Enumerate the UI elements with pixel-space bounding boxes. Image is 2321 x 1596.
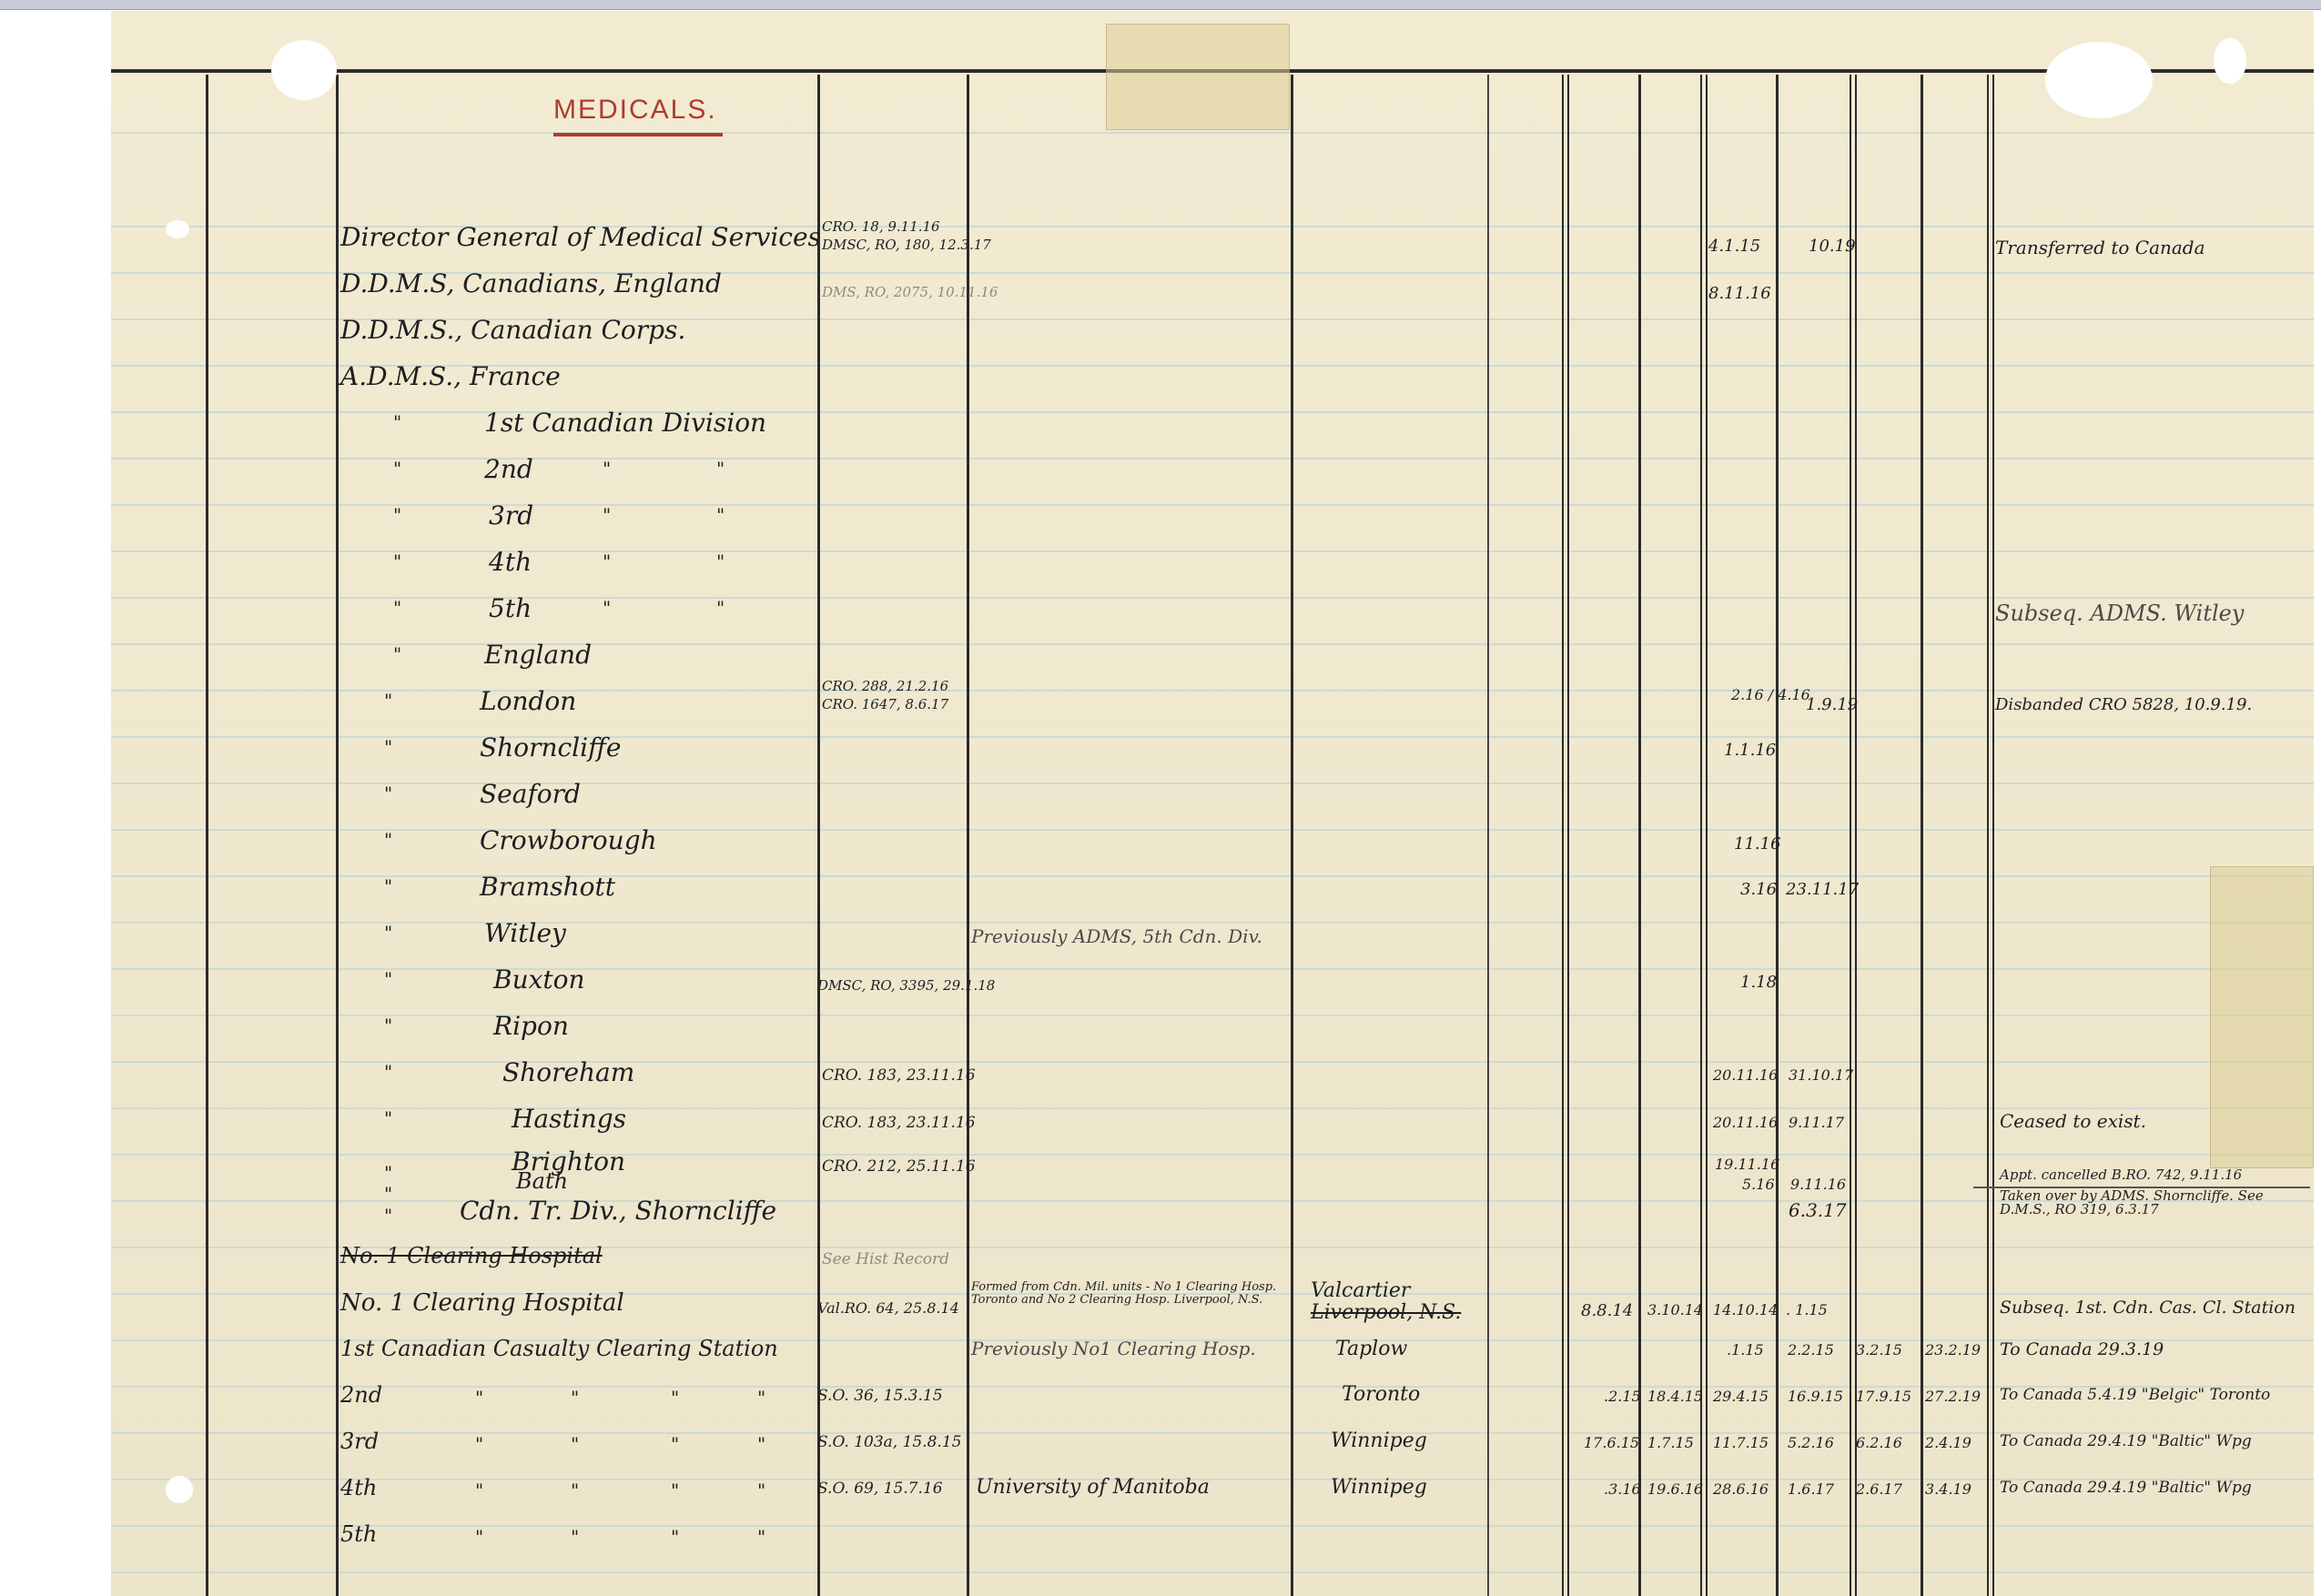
date-cell: 29.4.15 — [1713, 1388, 1769, 1405]
ruled-line — [111, 1479, 2314, 1480]
unit-name: 2nd — [484, 454, 533, 484]
ruled-line — [111, 1525, 2314, 1527]
ditto-mark: " — [384, 1107, 392, 1129]
ditto-mark: " — [671, 1526, 679, 1548]
unit-name: England — [484, 640, 592, 670]
date-cell: 1.18 — [1740, 973, 1777, 992]
ditto-mark: " — [384, 783, 392, 804]
ruled-line — [111, 1154, 2314, 1156]
ruled-line — [111, 1386, 2314, 1388]
unit-name: 3rd — [489, 500, 533, 530]
ditto-mark: " — [603, 504, 611, 526]
date-cell: .2.15 — [1604, 1388, 1641, 1405]
authority-ref: S.O. 103a, 15.8.15 — [817, 1433, 961, 1451]
torn-notch — [166, 220, 189, 238]
ruled-line — [111, 504, 2314, 506]
date-cell: 1.6.17 — [1788, 1480, 1834, 1498]
ditto-mark: " — [393, 458, 401, 480]
ditto-mark: " — [671, 1480, 679, 1501]
remarks: To Canada 29.3.19 — [2000, 1339, 2164, 1359]
unit-name: Cdn. Tr. Div., Shorncliffe — [460, 1196, 776, 1226]
unit-name: 5th — [489, 593, 532, 623]
authority-ref: Val.RO. 64, 25.8.14 — [817, 1299, 959, 1317]
unit-name: Buxton — [493, 965, 585, 995]
date-cell: .1.15 — [1727, 1341, 1764, 1359]
ditto-mark: " — [384, 1061, 392, 1083]
remarks: Disbanded CRO 5828, 10.9.19. — [1995, 695, 2252, 714]
unit-name: Bath — [516, 1168, 568, 1194]
page-title: MEDICALS. — [553, 95, 717, 126]
scanner-top-edge — [0, 0, 2321, 10]
remarks: Subseq. 1st. Cdn. Cas. Cl. Station — [2000, 1298, 2296, 1318]
date-cell: 20.11.16 — [1713, 1066, 1778, 1084]
ditto-mark: " — [393, 411, 401, 433]
ditto-mark: " — [603, 597, 611, 619]
date-cell: 19.6.16 — [1647, 1480, 1703, 1498]
ditto-mark: " — [671, 1433, 679, 1455]
ditto-mark: " — [571, 1387, 579, 1409]
title-underline — [553, 133, 723, 136]
ditto-mark: " — [384, 690, 392, 712]
torn-hole — [2214, 38, 2246, 84]
date-cell: 2.4.19 — [1925, 1434, 1971, 1451]
date-cell: 6.2.16 — [1856, 1434, 1902, 1451]
ruled-line — [111, 1015, 2314, 1016]
unit-name: Crowborough — [480, 825, 657, 855]
column-divider — [967, 75, 969, 1596]
ditto-mark: " — [716, 597, 725, 619]
ditto-mark: " — [475, 1480, 483, 1501]
date-cell: 2.16 / 4.16 — [1731, 686, 1810, 703]
ruled-line — [111, 875, 2314, 877]
tape-right — [2210, 866, 2314, 1168]
date-cell: .3.16 — [1604, 1480, 1641, 1498]
ditto-mark: " — [716, 458, 725, 480]
tape-top — [1106, 24, 1290, 130]
authority-ref: See Hist Record — [822, 1250, 949, 1268]
date-cell: 27.2.19 — [1925, 1388, 1981, 1405]
date-cell: 1.1.16 — [1724, 741, 1776, 760]
location: Winnipeg — [1331, 1476, 1427, 1499]
date-cell: 5.16 — [1742, 1176, 1775, 1193]
date-cell: 2.2.15 — [1788, 1341, 1834, 1359]
date-cell: 28.6.16 — [1713, 1480, 1769, 1498]
date-cell: 23.11.17 — [1786, 880, 1859, 899]
unit-name: 5th — [340, 1521, 377, 1547]
location: Taplow — [1335, 1338, 1407, 1360]
ditto-mark: " — [475, 1387, 483, 1409]
column-divider — [1562, 75, 1564, 1596]
location: Valcartier — [1311, 1279, 1410, 1302]
date-cell: 17.9.15 — [1856, 1388, 1911, 1405]
column-divider — [1987, 75, 1989, 1596]
date-cell: 20.11.16 — [1713, 1114, 1778, 1131]
date-cell: 17.6.15 — [1584, 1434, 1639, 1451]
date-cell: 11.7.15 — [1713, 1434, 1769, 1451]
date-cell: 14.10.14 — [1713, 1301, 1778, 1318]
date-cell: 11.16 — [1734, 834, 1781, 854]
date-cell: 16.9.15 — [1788, 1388, 1843, 1405]
date-cell: 18.4.15 — [1647, 1388, 1703, 1405]
date-cell: 19.11.16 — [1715, 1156, 1779, 1173]
date-cell: 6.3.17 — [1789, 1199, 1847, 1221]
date-cell: 8.11.16 — [1708, 284, 1771, 303]
ruled-line — [111, 643, 2314, 645]
punch-hole — [2045, 42, 2153, 118]
authority-ref: CRO. 1647, 8.6.17 — [822, 696, 948, 712]
unit-name: D.D.M.S., Canadian Corps. — [340, 315, 685, 345]
unit-name: Hastings — [512, 1104, 626, 1134]
unit-name: No. 1 Clearing Hospital — [340, 1289, 624, 1317]
ruled-line — [111, 411, 2314, 413]
unit-name: 2nd — [340, 1382, 382, 1408]
date-cell: 3.4.19 — [1925, 1480, 1971, 1498]
ditto-mark: " — [671, 1387, 679, 1409]
date-cell: 23.2.19 — [1925, 1341, 1981, 1359]
ruled-line — [111, 922, 2314, 924]
date-cell: 9.11.17 — [1789, 1114, 1844, 1131]
ruled-line — [111, 551, 2314, 552]
ditto-mark: " — [757, 1480, 765, 1501]
date-cell: 10.19 — [1809, 237, 1856, 256]
ruled-line — [111, 1200, 2314, 1202]
ditto-mark: " — [384, 829, 392, 851]
ditto-mark: " — [571, 1480, 579, 1501]
date-cell: 8.8.14 — [1581, 1301, 1633, 1320]
authority-ref: CRO. 183, 23.11.16 — [822, 1066, 976, 1085]
authority-ref: S.O. 69, 15.7.16 — [817, 1480, 943, 1498]
remarks: To Canada 5.4.19 "Belgic" Toronto — [2000, 1386, 2270, 1404]
ditto-mark: " — [603, 458, 611, 480]
column-divider — [1700, 75, 1702, 1596]
notes: University of Manitoba — [976, 1476, 1210, 1499]
ditto-mark: " — [384, 968, 392, 990]
date-cell: 3.10.14 — [1647, 1301, 1703, 1318]
unit-name: Director General of Medical Services — [340, 222, 821, 252]
ditto-mark: " — [757, 1433, 765, 1455]
date-cell: 9.11.16 — [1790, 1176, 1846, 1193]
ditto-mark: " — [384, 922, 392, 944]
ditto-mark: " — [384, 1205, 392, 1227]
unit-name: Witley — [484, 918, 566, 948]
unit-name: D.D.M.S, Canadians, England — [340, 268, 722, 298]
remarks: Subseq. ADMS. Witley — [1995, 601, 2244, 626]
ditto-mark: " — [571, 1433, 579, 1455]
torn-notch — [166, 1476, 193, 1503]
unit-name: 3rd — [340, 1429, 379, 1454]
authority-ref: S.O. 36, 15.3.15 — [817, 1387, 943, 1405]
date-cell: 2.6.17 — [1856, 1480, 1902, 1498]
notes: Previously ADMS, 5th Cdn. Div. — [971, 925, 1262, 947]
unit-name: 1st Canadian Casualty Clearing Station — [340, 1336, 778, 1361]
ruled-line — [111, 1061, 2314, 1063]
ditto-mark: " — [757, 1387, 765, 1409]
unit-name: 4th — [340, 1475, 377, 1500]
ditto-mark: " — [475, 1433, 483, 1455]
ruled-line — [111, 783, 2314, 784]
ditto-mark: " — [716, 504, 725, 526]
remarks: Appt. cancelled B.RO. 742, 9.11.16 — [2000, 1167, 2242, 1183]
unit-name: Shoreham — [502, 1057, 634, 1087]
authority-ref: DMS, RO, 2075, 10.11.16 — [822, 284, 998, 300]
ditto-mark: " — [384, 736, 392, 758]
column-divider — [1487, 75, 1489, 1596]
punch-hole — [271, 40, 337, 100]
ruled-line — [111, 132, 2314, 134]
ditto-mark: " — [757, 1526, 765, 1548]
unit-name: Ripon — [493, 1011, 569, 1041]
location-struck: Liverpool, N.S. — [1311, 1301, 1461, 1324]
remarks: Taken over by ADMS. Shorncliffe. See D.M… — [2000, 1189, 2309, 1217]
ditto-mark: " — [393, 597, 401, 619]
date-cell: 3.16 — [1740, 880, 1777, 899]
unit-name: London — [480, 686, 576, 716]
unit-name: Shorncliffe — [480, 732, 622, 763]
date-cell: 1.9.19 — [1806, 695, 1858, 714]
date-cell: 4.1.15 — [1708, 237, 1760, 256]
ruled-line — [111, 458, 2314, 460]
location: Winnipeg — [1331, 1429, 1427, 1452]
ruled-line — [111, 829, 2314, 831]
authority-ref: DMSC, RO, 180, 12.3.17 — [822, 237, 991, 253]
ditto-mark: " — [384, 1162, 392, 1184]
ruled-line — [111, 736, 2314, 738]
ditto-mark: " — [393, 551, 401, 572]
ditto-mark: " — [393, 643, 401, 665]
ditto-mark: " — [384, 1015, 392, 1036]
ruled-line — [111, 1571, 2314, 1573]
column-divider — [817, 75, 820, 1596]
unit-name-struck: No. 1 Clearing Hospital — [340, 1243, 603, 1268]
authority-ref: CRO. 288, 21.2.16 — [822, 678, 948, 694]
date-cell: 5.2.16 — [1788, 1434, 1834, 1451]
ditto-mark: " — [571, 1526, 579, 1548]
notes: Previously No1 Clearing Hosp. — [971, 1338, 1256, 1359]
date-cell: 3.2.15 — [1856, 1341, 1902, 1359]
column-divider — [1850, 75, 1851, 1596]
remarks: Transferred to Canada — [1995, 237, 2205, 258]
authority-ref: CRO. 183, 23.11.16 — [822, 1114, 976, 1132]
unit-name: 4th — [489, 547, 532, 577]
authority-ref: DMSC, RO, 3395, 29.1.18 — [817, 977, 995, 994]
ditto-mark: " — [384, 1183, 392, 1205]
column-divider — [1291, 75, 1293, 1596]
ruled-line — [111, 1107, 2314, 1109]
ruled-line — [111, 597, 2314, 599]
unit-name: Seaford — [480, 779, 581, 809]
unit-name: 1st Canadian Division — [484, 408, 766, 438]
remarks: To Canada 29.4.19 "Baltic" Wpg — [2000, 1479, 2252, 1497]
location: Toronto — [1342, 1383, 1420, 1406]
date-cell: 31.10.17 — [1789, 1066, 1853, 1084]
column-divider — [336, 75, 339, 1596]
ruled-line — [111, 1432, 2314, 1434]
authority-ref: CRO. 212, 25.11.16 — [822, 1157, 976, 1176]
ledger-page: MEDICALS. Director General of Medical Se… — [111, 11, 2314, 1596]
column-divider — [206, 75, 208, 1596]
remarks: To Canada 29.4.19 "Baltic" Wpg — [2000, 1432, 2252, 1450]
notes: Formed from Cdn. Mil. units - No 1 Clear… — [971, 1281, 1290, 1307]
ditto-mark: " — [393, 504, 401, 526]
column-divider — [1638, 75, 1641, 1596]
ditto-mark: " — [603, 551, 611, 572]
unit-name: A.D.M.S., France — [340, 361, 561, 391]
ruled-line — [111, 690, 2314, 692]
ditto-mark: " — [475, 1526, 483, 1548]
ditto-mark: " — [716, 551, 725, 572]
date-cell: . 1.15 — [1786, 1301, 1828, 1318]
unit-name: Bramshott — [480, 872, 615, 902]
remarks: Ceased to exist. — [2000, 1110, 2146, 1132]
date-cell: 1.7.15 — [1647, 1434, 1694, 1451]
authority-ref: CRO. 18, 9.11.16 — [822, 218, 940, 235]
ditto-mark: " — [384, 875, 392, 897]
column-divider — [1921, 75, 1923, 1596]
ruled-line — [111, 968, 2314, 970]
